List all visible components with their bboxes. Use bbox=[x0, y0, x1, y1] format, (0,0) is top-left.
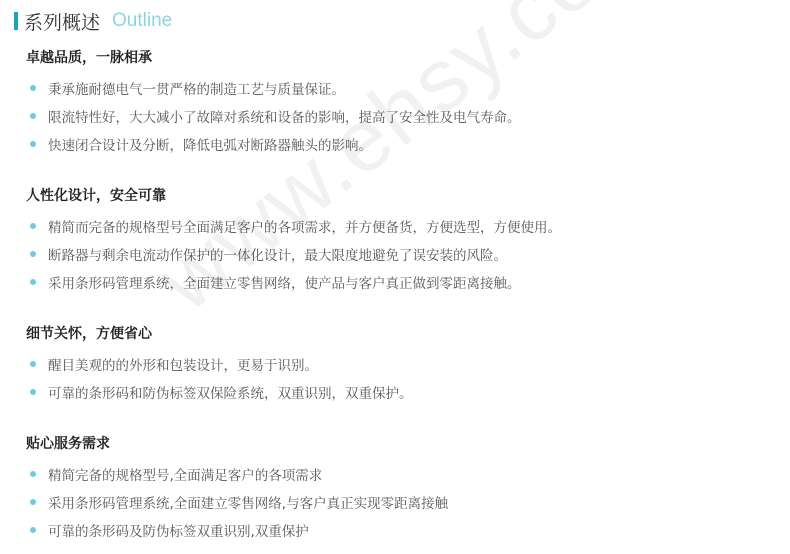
section-quality: 卓越品质，一脉相承 秉承施耐德电气一贯严格的制造工艺与质量保证。 限流特性好，大… bbox=[26, 48, 521, 158]
bullet-dot-icon bbox=[30, 499, 36, 505]
list-item: 秉承施耐德电气一贯严格的制造工艺与质量保证。 bbox=[26, 74, 521, 102]
list-item-text: 精简而完备的规格型号全面满足客户的各项需求，并方便备货，方便选型，方便使用。 bbox=[48, 216, 561, 236]
list-item: 可靠的条形码及防伪标签双重识别,双重保护 bbox=[26, 516, 448, 544]
list-item: 限流特性好，大大减小了故障对系统和设备的影响，提高了安全性及电气寿命。 bbox=[26, 102, 521, 130]
list-item-text: 断路器与剩余电流动作保护的一体化设计，最大限度地避免了误安装的风险。 bbox=[48, 244, 507, 264]
section-title: 卓越品质，一脉相承 bbox=[26, 48, 521, 68]
bullet-dot-icon bbox=[30, 471, 36, 477]
header-accent-bar bbox=[14, 12, 18, 30]
bullet-dot-icon bbox=[30, 389, 36, 395]
list-item-text: 采用条形码管理系统,全面建立零售网络,与客户真正实现零距离接触 bbox=[48, 492, 448, 512]
section-title: 人性化设计，安全可靠 bbox=[26, 186, 561, 206]
section-detail-care: 细节关怀，方便省心 醒目美观的的外形和包装设计，更易于识别。 可靠的条形码和防伪… bbox=[26, 324, 413, 406]
list-item-text: 醒目美观的的外形和包装设计，更易于识别。 bbox=[48, 354, 318, 374]
list-item-text: 可靠的条形码和防伪标签双保险系统，双重识别，双重保护。 bbox=[48, 382, 413, 402]
list-item-text: 快速闭合设计及分断，降低电弧对断路器触头的影响。 bbox=[48, 134, 372, 154]
list-item-text: 精简完备的规格型号,全面满足客户的各项需求 bbox=[48, 464, 322, 484]
list-item-text: 秉承施耐德电气一贯严格的制造工艺与质量保证。 bbox=[48, 78, 345, 98]
section-title: 贴心服务需求 bbox=[26, 434, 448, 454]
list-item-text: 采用条形码管理系统，全面建立零售网络，使产品与客户真正做到零距离接触。 bbox=[48, 272, 521, 292]
bullet-dot-icon bbox=[30, 223, 36, 229]
section-service: 贴心服务需求 精简完备的规格型号,全面满足客户的各项需求 采用条形码管理系统,全… bbox=[26, 434, 448, 544]
feature-list: 精简完备的规格型号,全面满足客户的各项需求 采用条形码管理系统,全面建立零售网络… bbox=[26, 460, 448, 544]
list-item-text: 可靠的条形码及防伪标签双重识别,双重保护 bbox=[48, 520, 309, 540]
section-humanized-design: 人性化设计，安全可靠 精简而完备的规格型号全面满足客户的各项需求，并方便备货，方… bbox=[26, 186, 561, 296]
list-item: 精简而完备的规格型号全面满足客户的各项需求，并方便备货，方便选型，方便使用。 bbox=[26, 212, 561, 240]
header-subtitle: Outline bbox=[112, 10, 172, 32]
bullet-dot-icon bbox=[30, 85, 36, 91]
feature-list: 醒目美观的的外形和包装设计，更易于识别。 可靠的条形码和防伪标签双保险系统，双重… bbox=[26, 350, 413, 406]
bullet-dot-icon bbox=[30, 527, 36, 533]
section-title: 细节关怀，方便省心 bbox=[26, 324, 413, 344]
list-item-text: 限流特性好，大大减小了故障对系统和设备的影响，提高了安全性及电气寿命。 bbox=[48, 106, 521, 126]
feature-list: 秉承施耐德电气一贯严格的制造工艺与质量保证。 限流特性好，大大减小了故障对系统和… bbox=[26, 74, 521, 158]
section-header: 系列概述 Outline bbox=[14, 9, 172, 33]
header-title: 系列概述 bbox=[24, 8, 100, 35]
list-item: 可靠的条形码和防伪标签双保险系统，双重识别，双重保护。 bbox=[26, 378, 413, 406]
list-item: 采用条形码管理系统,全面建立零售网络,与客户真正实现零距离接触 bbox=[26, 488, 448, 516]
list-item: 采用条形码管理系统，全面建立零售网络，使产品与客户真正做到零距离接触。 bbox=[26, 268, 561, 296]
list-item: 断路器与剩余电流动作保护的一体化设计，最大限度地避免了误安装的风险。 bbox=[26, 240, 561, 268]
feature-list: 精简而完备的规格型号全面满足客户的各项需求，并方便备货，方便选型，方便使用。 断… bbox=[26, 212, 561, 296]
list-item: 精简完备的规格型号,全面满足客户的各项需求 bbox=[26, 460, 448, 488]
bullet-dot-icon bbox=[30, 361, 36, 367]
list-item: 醒目美观的的外形和包装设计，更易于识别。 bbox=[26, 350, 413, 378]
bullet-dot-icon bbox=[30, 113, 36, 119]
bullet-dot-icon bbox=[30, 141, 36, 147]
bullet-dot-icon bbox=[30, 251, 36, 257]
list-item: 快速闭合设计及分断，降低电弧对断路器触头的影响。 bbox=[26, 130, 521, 158]
bullet-dot-icon bbox=[30, 279, 36, 285]
